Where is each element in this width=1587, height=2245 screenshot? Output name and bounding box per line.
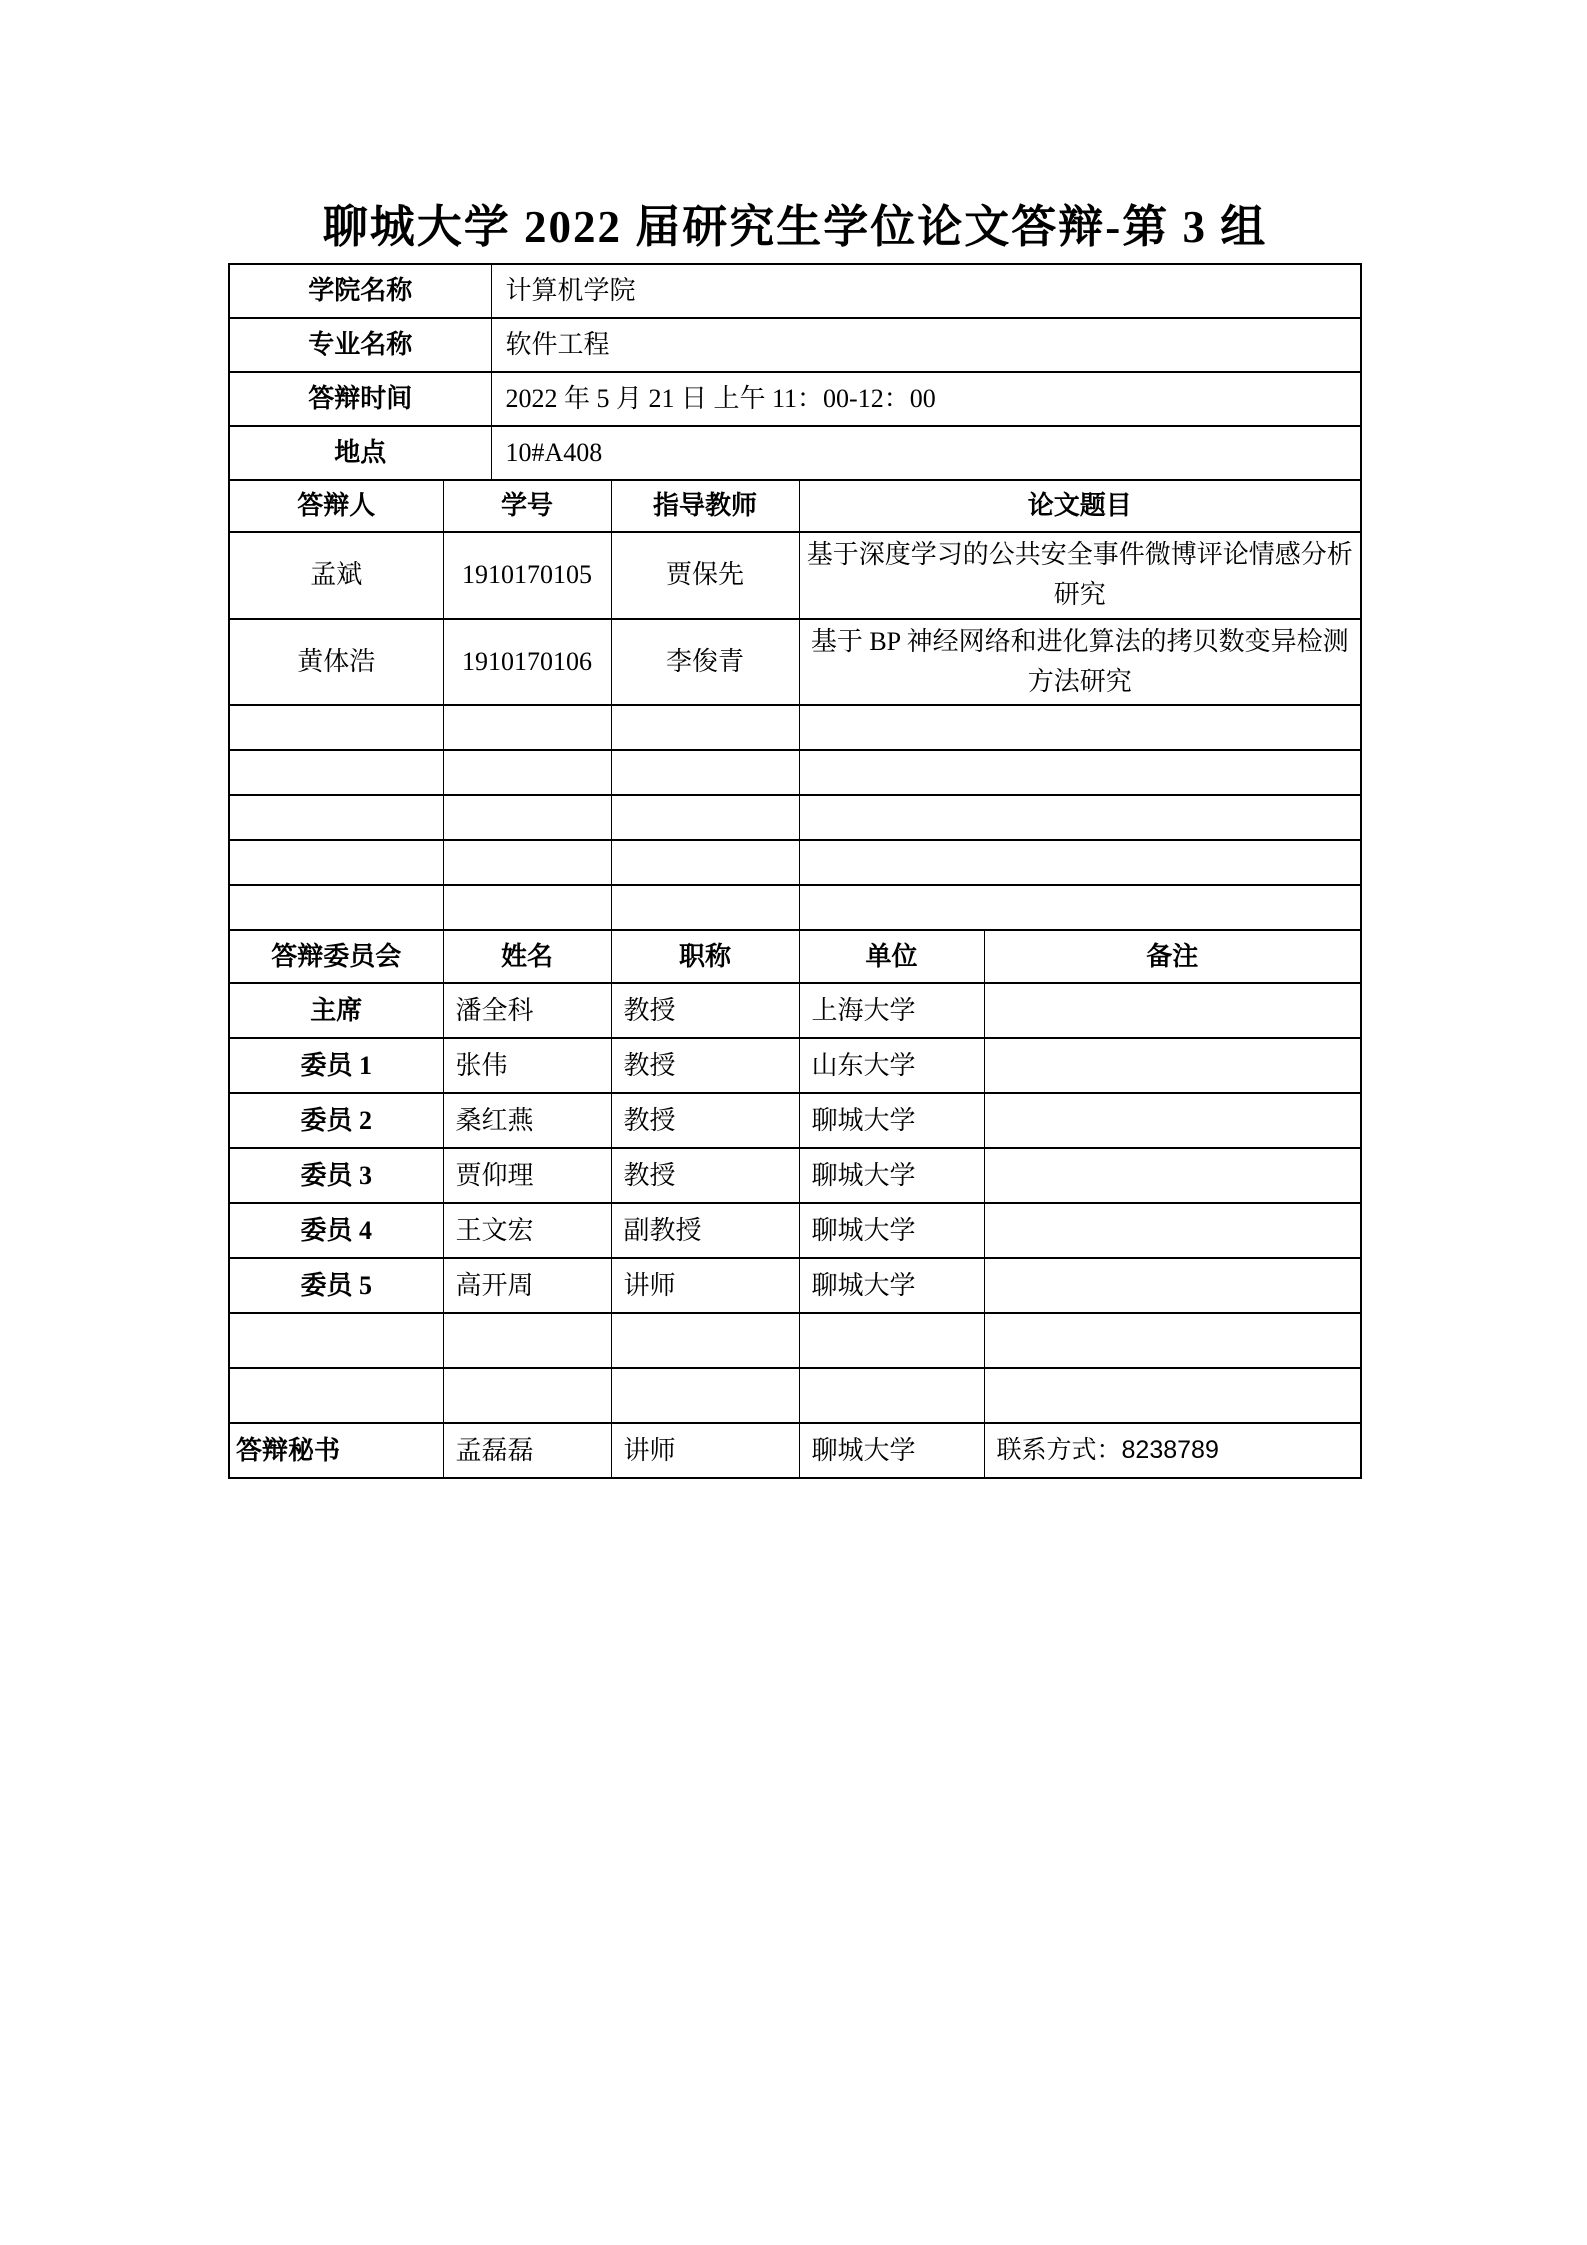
secretary-label-cell: 答辩秘书 [229, 1423, 443, 1478]
committee-role-cell [229, 1368, 443, 1423]
member-org-cell: 聊城大学 [799, 1203, 984, 1258]
remark-cell [984, 1203, 1361, 1258]
defendant-cell [229, 885, 443, 930]
student-id-cell [443, 750, 611, 795]
table-row [229, 795, 1361, 840]
defense-schedule-table: 学院名称 计算机学院 专业名称 软件工程 答辩时间 2022 年 5 月 21 … [228, 263, 1362, 1479]
table-row: 孟斌1910170105贾保先基于深度学习的公共安全事件微博评论情感分析研究 [229, 532, 1361, 619]
member-title-cell: 教授 [611, 1093, 799, 1148]
remark-cell [984, 1313, 1361, 1368]
thesis-title-header-cell: 论文题目 [799, 480, 1361, 532]
student-id-header-cell: 学号 [443, 480, 611, 532]
info-value-cell: 软件工程 [491, 318, 1361, 372]
defendant-header-cell: 答辩人 [229, 480, 443, 532]
member-org-header-cell: 单位 [799, 930, 984, 983]
student-id-cell [443, 885, 611, 930]
committee-role-cell: 委员 1 [229, 1038, 443, 1093]
committee-role-cell: 委员 5 [229, 1258, 443, 1313]
document-page: 聊城大学 2022 届研究生学位论文答辩-第 3 组 学院名称 计算机学院 专业… [0, 0, 1587, 1479]
member-name-cell: 桑红燕 [443, 1093, 611, 1148]
table-row: 主席潘全科教授上海大学 [229, 983, 1361, 1038]
secretary-section: 答辩秘书 孟磊磊 讲师 聊城大学 联系方式：8238789 [229, 1423, 1361, 1478]
member-title-cell: 讲师 [611, 1258, 799, 1313]
student-id-cell [443, 705, 611, 750]
info-label-cell: 学院名称 [229, 264, 491, 318]
supervisor-cell: 李俊青 [611, 619, 799, 706]
student-id-cell: 1910170105 [443, 532, 611, 619]
defendant-cell [229, 750, 443, 795]
member-title-cell: 教授 [611, 983, 799, 1038]
page-title: 聊城大学 2022 届研究生学位论文答辩-第 3 组 [228, 190, 1362, 255]
member-org-cell: 聊城大学 [799, 1093, 984, 1148]
info-label-cell: 地点 [229, 426, 491, 480]
table-row [229, 840, 1361, 885]
table-row: 委员 5高开周讲师聊城大学 [229, 1258, 1361, 1313]
thesis-title-cell [799, 750, 1361, 795]
thesis-title-cell: 基于 BP 神经网络和进化算法的拷贝数变异检测方法研究 [799, 619, 1361, 706]
table-row: 委员 4王文宏副教授聊城大学 [229, 1203, 1361, 1258]
member-title-cell: 副教授 [611, 1203, 799, 1258]
student-id-cell: 1910170106 [443, 619, 611, 706]
supervisor-header-cell: 指导教师 [611, 480, 799, 532]
table-row [229, 1313, 1361, 1368]
info-row: 答辩时间 2022 年 5 月 21 日 上午 11：00-12：00 [229, 372, 1361, 426]
table-row: 委员 2桑红燕教授聊城大学 [229, 1093, 1361, 1148]
table-row [229, 750, 1361, 795]
committee-role-cell: 主席 [229, 983, 443, 1038]
student-id-cell [443, 840, 611, 885]
member-org-cell [799, 1368, 984, 1423]
info-label-cell: 答辩时间 [229, 372, 491, 426]
secretary-org-cell: 聊城大学 [799, 1423, 984, 1478]
table-row: 委员 1张伟教授山东大学 [229, 1038, 1361, 1093]
table-row [229, 705, 1361, 750]
secretary-title-cell: 讲师 [611, 1423, 799, 1478]
thesis-title-cell [799, 705, 1361, 750]
supervisor-cell: 贾保先 [611, 532, 799, 619]
thesis-title-cell [799, 840, 1361, 885]
remark-cell [984, 1038, 1361, 1093]
info-row: 学院名称 计算机学院 [229, 264, 1361, 318]
secretary-contact-cell: 联系方式：8238789 [984, 1423, 1361, 1478]
committee-role-cell: 委员 3 [229, 1148, 443, 1203]
member-name-header-cell: 姓名 [443, 930, 611, 983]
member-title-cell: 教授 [611, 1148, 799, 1203]
committee-role-cell [229, 1313, 443, 1368]
defendant-cell [229, 705, 443, 750]
member-org-cell [799, 1313, 984, 1368]
table-row: 委员 3贾仰理教授聊城大学 [229, 1148, 1361, 1203]
committee-section: 答辩委员会 姓名 职称 单位 备注 主席潘全科教授上海大学委员 1张伟教授山东大… [229, 930, 1361, 1423]
student-id-cell [443, 795, 611, 840]
table-row: 黄体浩1910170106李俊青基于 BP 神经网络和进化算法的拷贝数变异检测方… [229, 619, 1361, 706]
supervisor-cell [611, 795, 799, 840]
table-row [229, 885, 1361, 930]
remark-cell [984, 1368, 1361, 1423]
member-org-cell: 聊城大学 [799, 1258, 984, 1313]
supervisor-cell [611, 705, 799, 750]
info-value-cell: 2022 年 5 月 21 日 上午 11：00-12：00 [491, 372, 1361, 426]
info-row: 地点 10#A408 [229, 426, 1361, 480]
member-name-cell: 王文宏 [443, 1203, 611, 1258]
thesis-title-cell [799, 795, 1361, 840]
defendant-cell [229, 795, 443, 840]
committee-role-header-cell: 答辩委员会 [229, 930, 443, 983]
info-value-cell: 10#A408 [491, 426, 1361, 480]
member-name-cell: 贾仰理 [443, 1148, 611, 1203]
remark-cell [984, 983, 1361, 1038]
member-title-cell [611, 1368, 799, 1423]
info-section: 学院名称 计算机学院 专业名称 软件工程 答辩时间 2022 年 5 月 21 … [229, 264, 1361, 480]
supervisor-cell [611, 885, 799, 930]
defendant-cell: 黄体浩 [229, 619, 443, 706]
committee-role-cell: 委员 4 [229, 1203, 443, 1258]
info-value-cell: 计算机学院 [491, 264, 1361, 318]
remark-header-cell: 备注 [984, 930, 1361, 983]
member-org-cell: 山东大学 [799, 1038, 984, 1093]
secretary-name-cell: 孟磊磊 [443, 1423, 611, 1478]
info-label-cell: 专业名称 [229, 318, 491, 372]
remark-cell [984, 1148, 1361, 1203]
member-title-header-cell: 职称 [611, 930, 799, 983]
member-name-cell: 潘全科 [443, 983, 611, 1038]
member-name-cell [443, 1313, 611, 1368]
member-title-cell [611, 1313, 799, 1368]
secretary-row: 答辩秘书 孟磊磊 讲师 聊城大学 联系方式：8238789 [229, 1423, 1361, 1478]
committee-header-row: 答辩委员会 姓名 职称 单位 备注 [229, 930, 1361, 983]
table-row [229, 1368, 1361, 1423]
remark-cell [984, 1093, 1361, 1148]
defense-section: 答辩人 学号 指导教师 论文题目 孟斌1910170105贾保先基于深度学习的公… [229, 480, 1361, 930]
member-org-cell: 上海大学 [799, 983, 984, 1038]
defendant-cell: 孟斌 [229, 532, 443, 619]
member-name-cell: 张伟 [443, 1038, 611, 1093]
member-title-cell: 教授 [611, 1038, 799, 1093]
remark-cell [984, 1258, 1361, 1313]
supervisor-cell [611, 750, 799, 795]
member-org-cell: 聊城大学 [799, 1148, 984, 1203]
defense-header-row: 答辩人 学号 指导教师 论文题目 [229, 480, 1361, 532]
supervisor-cell [611, 840, 799, 885]
defendant-cell [229, 840, 443, 885]
info-row: 专业名称 软件工程 [229, 318, 1361, 372]
member-name-cell: 高开周 [443, 1258, 611, 1313]
member-name-cell [443, 1368, 611, 1423]
thesis-title-cell: 基于深度学习的公共安全事件微博评论情感分析研究 [799, 532, 1361, 619]
thesis-title-cell [799, 885, 1361, 930]
committee-role-cell: 委员 2 [229, 1093, 443, 1148]
